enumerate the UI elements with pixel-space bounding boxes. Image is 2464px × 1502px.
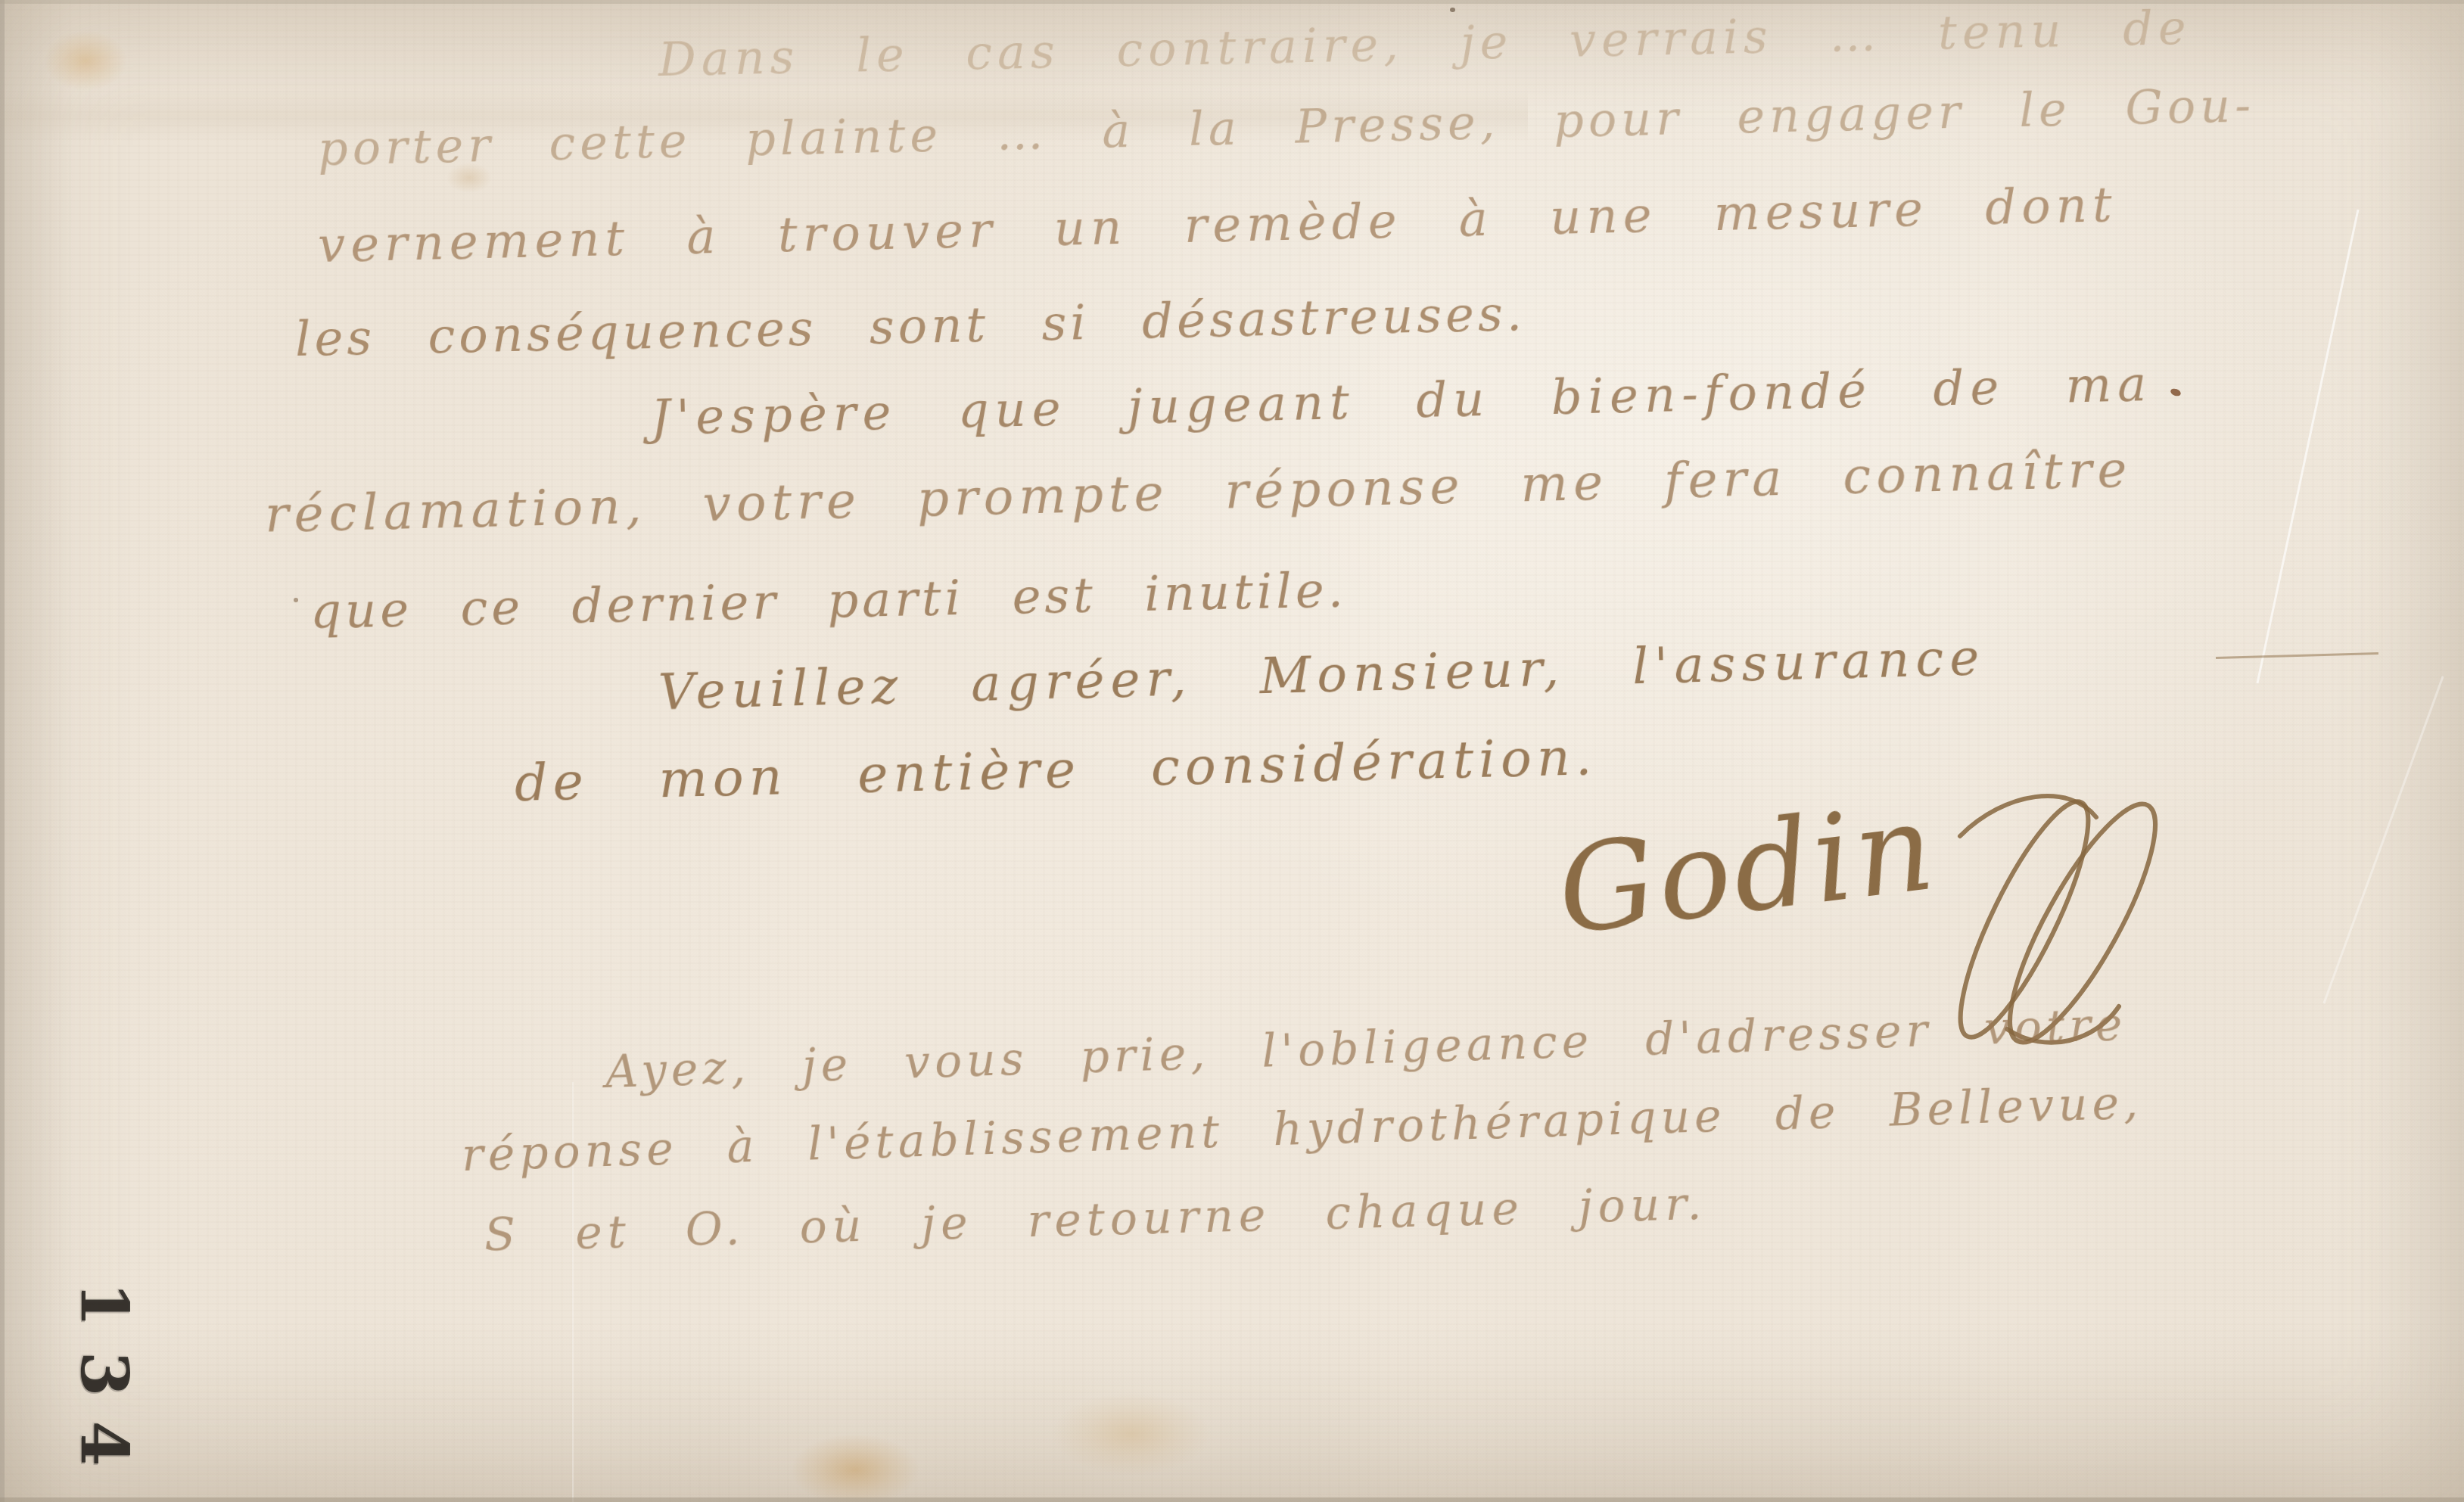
ink-speck [2170,387,2182,397]
ink-speck [1450,8,1455,12]
letter-line-closing-2: de mon entière considération. [514,727,1598,813]
letter-line-p2-1: J'espère que jugeant du bien-fondé de ma [650,356,2153,446]
paper-crease [2322,676,2444,1003]
letter-line-p2-3: que ce dernier parti est inutile. [310,562,1347,640]
ink-speck [294,598,298,602]
paper-stain [791,1434,919,1502]
paper-stain [1052,1392,1211,1476]
letter-line-p1-3: vernement à trouver un remède à une mesu… [317,177,2117,274]
paper-stain [44,30,127,91]
letter-page: Dans le cas contraire, je verrais … tenu… [0,0,2464,1502]
scan-edge [0,0,5,1502]
letter-line-p1-4: les conséquences sont si désastreuses. [294,286,1526,368]
letter-line-p2-2: réclamation, votre prompte réponse me fe… [264,440,2133,544]
paper-crease [2257,210,2360,684]
letter-line-p1-1: Dans le cas contraire, je verrais … tenu… [658,0,2192,87]
scan-edge [0,1497,2464,1502]
pen-stroke [2216,652,2378,659]
letter-line-ps-3: S et O. où je retourne chaque jour. [484,1177,1707,1262]
archive-stamp: 134 [66,1282,142,1491]
letter-line-closing-1: Veuillez agréer, Monsieur, l'assurance [658,628,1986,721]
